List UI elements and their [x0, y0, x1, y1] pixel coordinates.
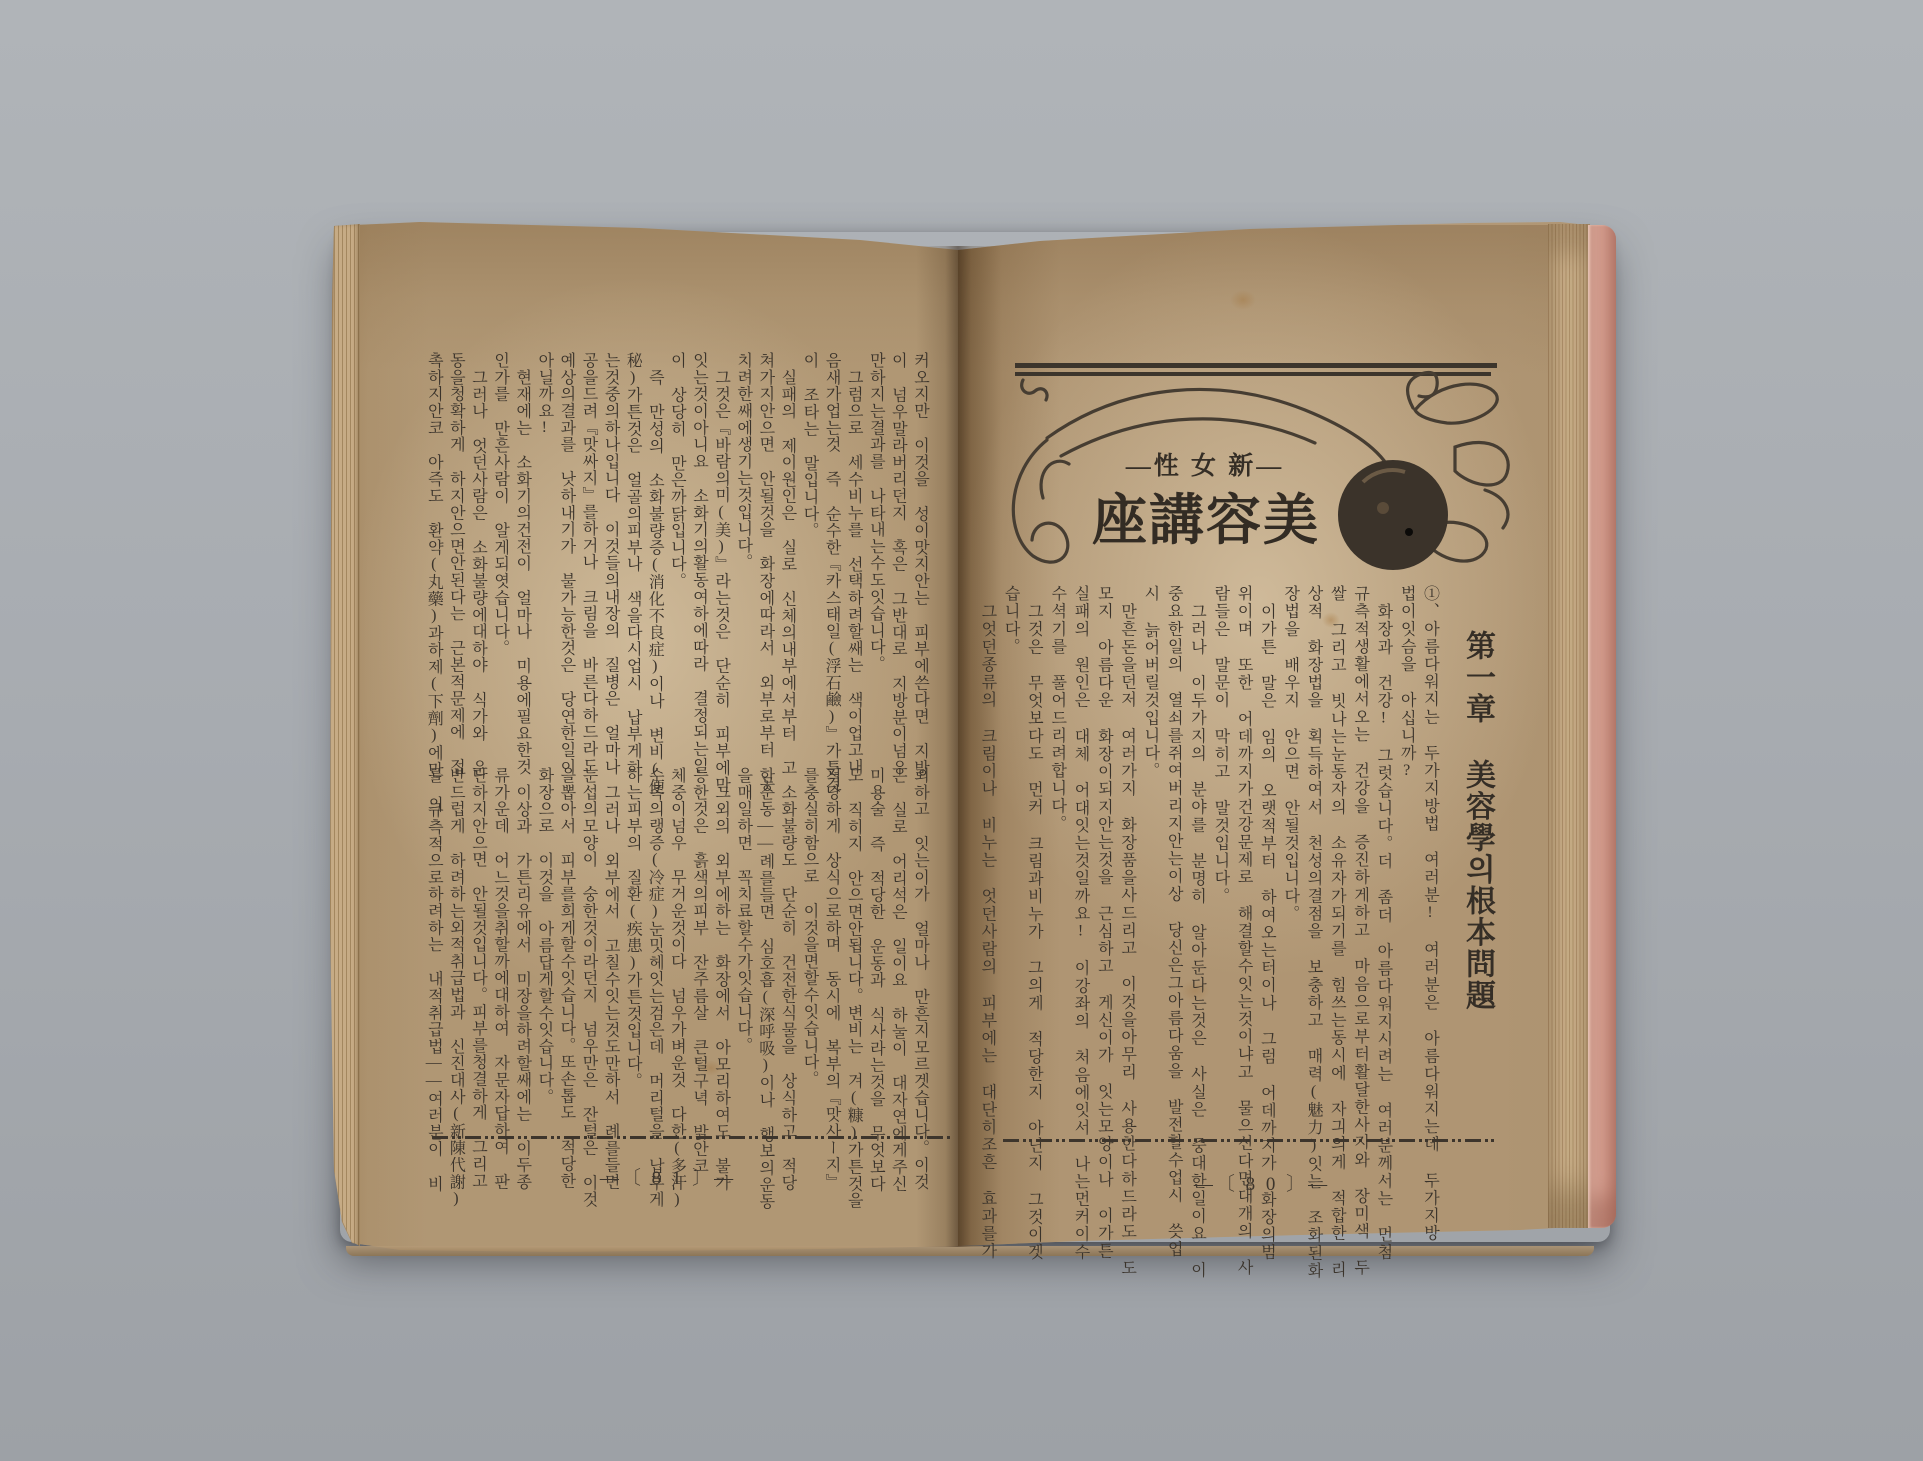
- text-column: 적당하게 상식으로하며 동시에 복부의『맛사ー지』: [820, 767, 843, 1190]
- text-column: 습니다。: [999, 585, 1022, 655]
- text-column: 미용술 즉 적당한 운동과 식사라는것을 무엇보다: [864, 767, 887, 1192]
- text-column: 이 상당히 만은까닭입니다。: [665, 352, 688, 589]
- text-column: 류가운데 어느것을취할까에대하여 자문자답하여 판: [489, 767, 512, 1190]
- text-column: 을뽑아서 피부를희게할수잇습니다。또손톱도 적당한: [555, 767, 578, 1189]
- text-column: 예상의결과를 낫하내기가 불가능한것은 당연한일이: [555, 352, 578, 775]
- page-title: 座講容美: [1092, 476, 1320, 555]
- right-page-footer-rule: [1003, 1139, 1497, 1142]
- text-column: 그것은『바람의미(美)』라는것은 단순히 피부에만: [710, 369, 733, 793]
- text-column: 체중이넘우 무거운것이다 넘우가벼운것 다한(多汗): [665, 767, 688, 1209]
- text-column: 인가를 만흔사람이 알게되엿습니다。: [489, 352, 512, 656]
- text-column: 을매일하면 꼭치료할수가잇습니다。: [732, 767, 755, 1054]
- text-column: 만하지는결과를 나타내는수도잇습니다。: [864, 352, 887, 672]
- text-column: 만흔돈을던저 여러가지 화장품을사드리고 이것을아무리 사용한다하드라도 도: [1116, 603, 1139, 1277]
- text-column: 뢰하고 잇는이가 얼마나 만흔지모르겟습니다。이것: [909, 767, 932, 1190]
- text-column: 동을청확하게 하지안으면안된다는 근본적문제에 접: [444, 352, 467, 775]
- book-photo: —性 女 新— 座講容美 第一章 美容學의根本問題 ①、아름다워지는 두가지방법…: [0, 0, 1923, 1461]
- text-column: 그엇던종류의 크림이나 비누는 엇던사람의 피부에는 대단히조흔 효과를가: [976, 603, 999, 1260]
- text-column: 시 늙어버릴것입니다。: [1139, 585, 1162, 780]
- text-column: 잇는것이아니요 소화기의활동여하에따라 결정되는일: [688, 352, 711, 774]
- text-column: 그러나 외부에서 고칠수잇는것도만하서 례를들면: [599, 784, 622, 1190]
- text-column: 이가튼 말은 임의 오랫적부터 하여오는터이나 그럼 어데까지가 화장의범: [1255, 603, 1278, 1261]
- text-column: 즉 만성의 소화불량증(消化不良症)이나 변비(便: [643, 369, 666, 795]
- text-column: 하는피부의 질환(疾患)가튼것입니다。: [621, 767, 644, 1089]
- text-column: 촉하지안코 아즉도 환약(丸藥)과하제(下劑)에만 의: [422, 352, 445, 813]
- text-column: 이상과 가튼리유에서 미장을하려할쌔에는 이두종: [511, 784, 534, 1190]
- text-column: 이 넘우말라버리던지 혹은 그반대로 지방분이넘우: [886, 352, 909, 776]
- text-column: 화장과 건강! 그럿습니다。더 좀더 아름다워지시려는 여러분께서는 먼첨: [1372, 603, 1395, 1261]
- chapter-heading: 第一章 美容學의根本問題: [1455, 630, 1499, 1011]
- text-column: 모지 아름다운 화장이되지안는것을 근심하고 게신이가 잇는모양이나 이가튼: [1092, 585, 1115, 1260]
- text-column: 쳐가지안으면 안될것을 화장에따라서 외부로부터 곳: [754, 352, 777, 793]
- text-column: 화장으로 이것을 아름답게할수잇습니다。: [533, 767, 556, 1105]
- text-column: 수족의랭증(冷症)눈밋헤잇는검은데 머리털을 납부게: [643, 767, 666, 1208]
- text-column: 실패의 원인은 대체 어대잇는것일까요! 이강좌의 처음에잇서 나는먼커이수: [1069, 585, 1092, 1261]
- text-column: 그것은 무엇보다도 먼커 크림과비누가 그의게 적당한지 아닌지 그것이겟: [1022, 603, 1045, 1261]
- right-page-number: —〔 8 0 〕—: [1194, 1169, 1330, 1196]
- text-column: 아닐까요!: [533, 352, 556, 437]
- text-column: 능한것은 흙색의피부 잔주름살 큰털구녁 밝안코: [688, 767, 711, 1174]
- text-column: 는것중의하나입니다 이것들의내장의 질병은 얼마나: [599, 352, 622, 775]
- text-column: 반드럽게 하려하는외적취급법과 신진대사(新陳代謝): [444, 767, 467, 1208]
- text-column: 눈섭의모양이 숭한것이라던지 넘우만은 잔털은 이것: [577, 767, 600, 1208]
- text-column: 를 규측적으로하려하는 내적취급법——여러분이 비: [422, 767, 445, 1192]
- text-column: 공을드려『맛싸지』를하거나 크림을 바른다하드라도: [577, 352, 600, 774]
- text-column: 규측적생활에서오는 건강을 증진하게하고 마음으로부터활달한사지와 장미색 두: [1349, 585, 1372, 1276]
- text-column: 장법을 배우지 안으면 안될것입니다。: [1279, 585, 1302, 922]
- bottom-page-stack-edge: [346, 1246, 1594, 1256]
- left-page-number: —〔 8 1 〕—: [600, 1163, 736, 1190]
- text-column: 秘)가튼것은 얼골의피부나 색을다시업시 납부게하: [621, 352, 644, 776]
- text-column: 소화불량도 단순히 건전한식물을 상식하고 적당: [776, 784, 799, 1191]
- text-column: 그럼으로 세수비누를 선택하려할쌔는 색이업고내: [842, 369, 865, 775]
- text-column: 은 실로 어리석은 일이요 하눌이 대자연에게주신: [886, 767, 909, 1192]
- text-column: 단하지안으면 안될것입니다。피부를청결하게 그리고: [467, 767, 490, 1189]
- text-column: 이 조타는 말입니다。: [798, 352, 821, 539]
- text-column: 수셕기를 풀어드리려합니다。: [1046, 585, 1069, 832]
- text-column: 그러나 엇던사람은 소화불량에대하야 식가와 운: [467, 369, 490, 776]
- text-column: 그외의 외부에하는 화장에서 아모리하여도 불가: [710, 784, 733, 1191]
- text-column: 를충실히함으로 이것을면할수잇습니다。: [798, 767, 821, 1087]
- fruit-icon: [1338, 460, 1448, 570]
- text-column: 음새가업는것 즉 순수한『카스태일(浮石鹼)』가튼것: [820, 352, 843, 793]
- right-page-stack-edge: [1548, 224, 1590, 1228]
- text-column: 람들은 말문이 막히고 말것입니다。: [1209, 585, 1232, 905]
- text-column: 현재에는 소화기의건전이 얼마나 미용에필요한것: [511, 369, 534, 775]
- text-column: 법이잇슴을 아십니까?: [1395, 585, 1418, 781]
- text-column: 중요한일의 열쇠를쥐여버리지안는이상 당신은그아름다움을 발전할수업시 씃업: [1162, 585, 1185, 1258]
- text-column: 도 직히지 안으면안됩니다。변비는 겨(糠)가튼것을: [842, 767, 865, 1209]
- text-column: 한운동——례를들면 심호흡(深呼吸)이나 행보의운동: [754, 767, 777, 1210]
- left-page-stack-edge: [330, 224, 360, 1246]
- text-column: 커오지만 이것을 성이맛지안는 피부에쓴다면 지방: [909, 352, 932, 776]
- pink-cover-fore-edge: [1588, 225, 1616, 1228]
- left-page-footer-rule: [432, 1136, 950, 1139]
- text-column: ①、아름다워지는 두가지방법 여러분! 여러분은 아름다워지는데 두가지방: [1419, 585, 1442, 1242]
- text-column: 치려한쌔에생기는것입니다。: [732, 352, 755, 570]
- text-column: 실패의 제이원인은 실로 신체의내부에서부터 고: [776, 369, 799, 776]
